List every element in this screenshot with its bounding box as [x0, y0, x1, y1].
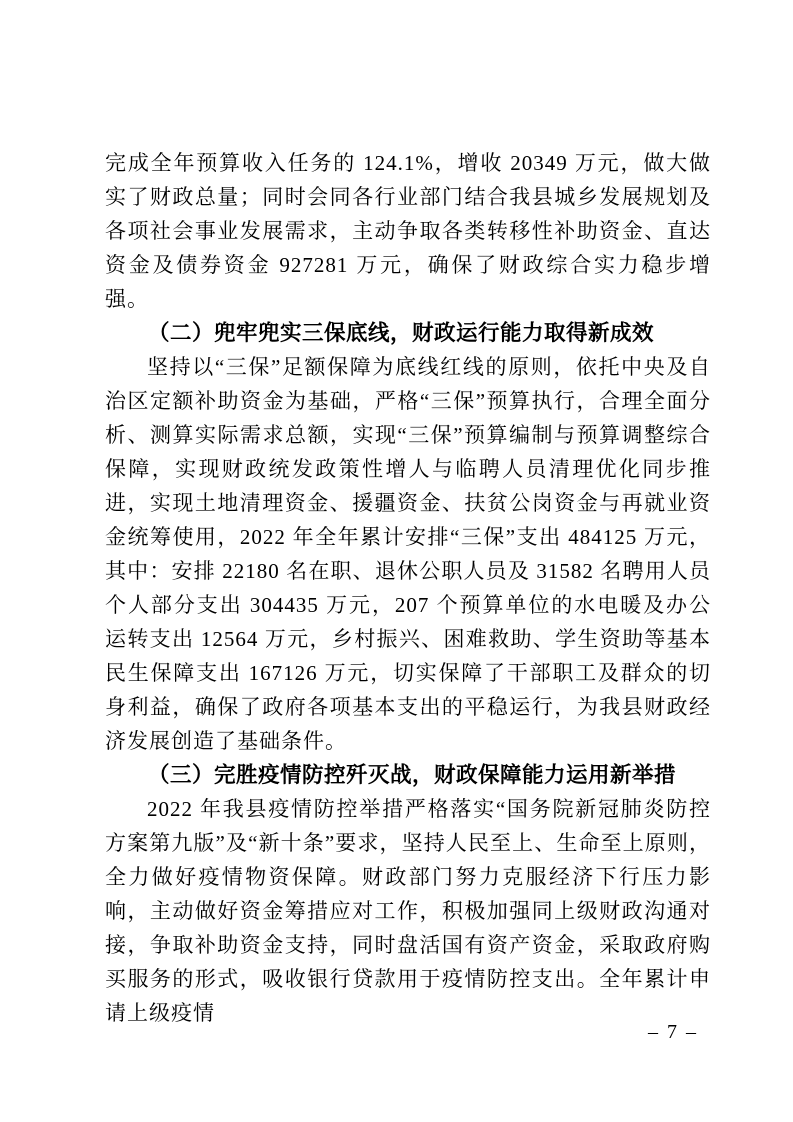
section-heading-three-epidemic: （三）完胜疫情防控歼灭战，财政保障能力运用新举措: [105, 758, 711, 792]
page-number: – 7 –: [648, 1018, 698, 1046]
section-heading-two-sanbao: （二）兜牢兜实三保底线，财政运行能力取得新成效: [105, 316, 711, 350]
paragraph-sanbao-guarantee: 坚持以“三保”足额保障为底线红线的原则，依托中央及自治区定额补助资金为基础，严格…: [105, 350, 711, 758]
paragraph-epidemic-funding: 2022 年我县疫情防控举措严格落实“国务院新冠肺炎防控方案第九版”及“新十条”…: [105, 792, 711, 1030]
paragraph-budget-revenue-continuation: 完成全年预算收入任务的 124.1%，增收 20349 万元，做大做实了财政总量…: [105, 146, 711, 316]
document-page-content: 完成全年预算收入任务的 124.1%，增收 20349 万元，做大做实了财政总量…: [105, 146, 711, 1030]
